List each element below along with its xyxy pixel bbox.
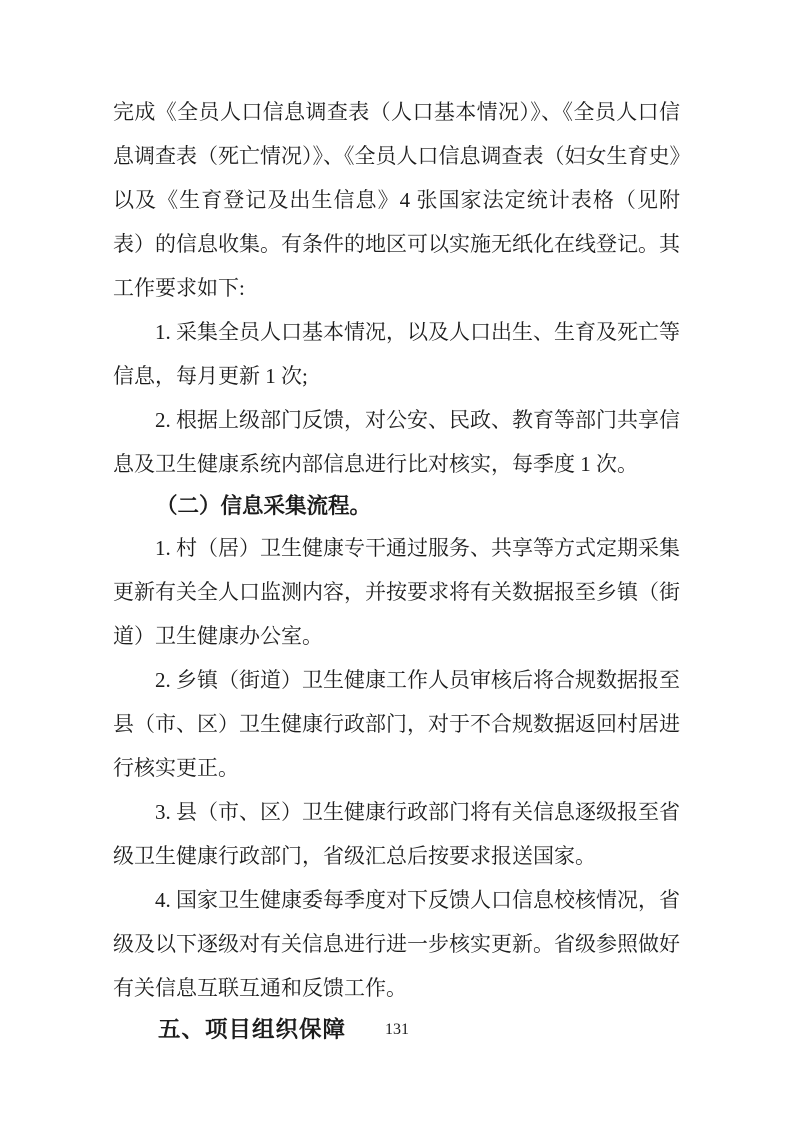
document-body: 完成《全员人口信息调查表（人口基本情况）》、《全员人口信息调查表（死亡情况）》、… (113, 90, 680, 1050)
paragraph-step-4-national: 4. 国家卫生健康委每季度对下反馈人口信息校核情况，省级及以下逐级对有关信息进行… (113, 878, 680, 1010)
paragraph-step-1-village: 1. 村（居）卫生健康专干通过服务、共享等方式定期采集更新有关全人口监测内容，并… (113, 526, 680, 658)
paragraph-intro: 完成《全员人口信息调查表（人口基本情况）》、《全员人口信息调查表（死亡情况）》、… (113, 90, 680, 310)
section-heading-info-collection-process: （二）信息采集流程。 (113, 486, 680, 526)
paragraph-item-1-monthly-update: 1. 采集全员人口基本情况，以及人口出生、生育及死亡等信息，每月更新 1 次; (113, 310, 680, 398)
paragraph-step-2-township: 2. 乡镇（街道）卫生健康工作人员审核后将合规数据报至县（市、区）卫生健康行政部… (113, 658, 680, 790)
document-page: 完成《全员人口信息调查表（人口基本情况）》、《全员人口信息调查表（死亡情况）》、… (0, 0, 794, 1122)
page-number: 131 (0, 1021, 794, 1039)
paragraph-step-3-county: 3. 县（市、区）卫生健康行政部门将有关信息逐级报至省级卫生健康行政部门，省级汇… (113, 790, 680, 878)
paragraph-item-2-quarterly-check: 2. 根据上级部门反馈，对公安、民政、教育等部门共享信息及卫生健康系统内部信息进… (113, 398, 680, 486)
